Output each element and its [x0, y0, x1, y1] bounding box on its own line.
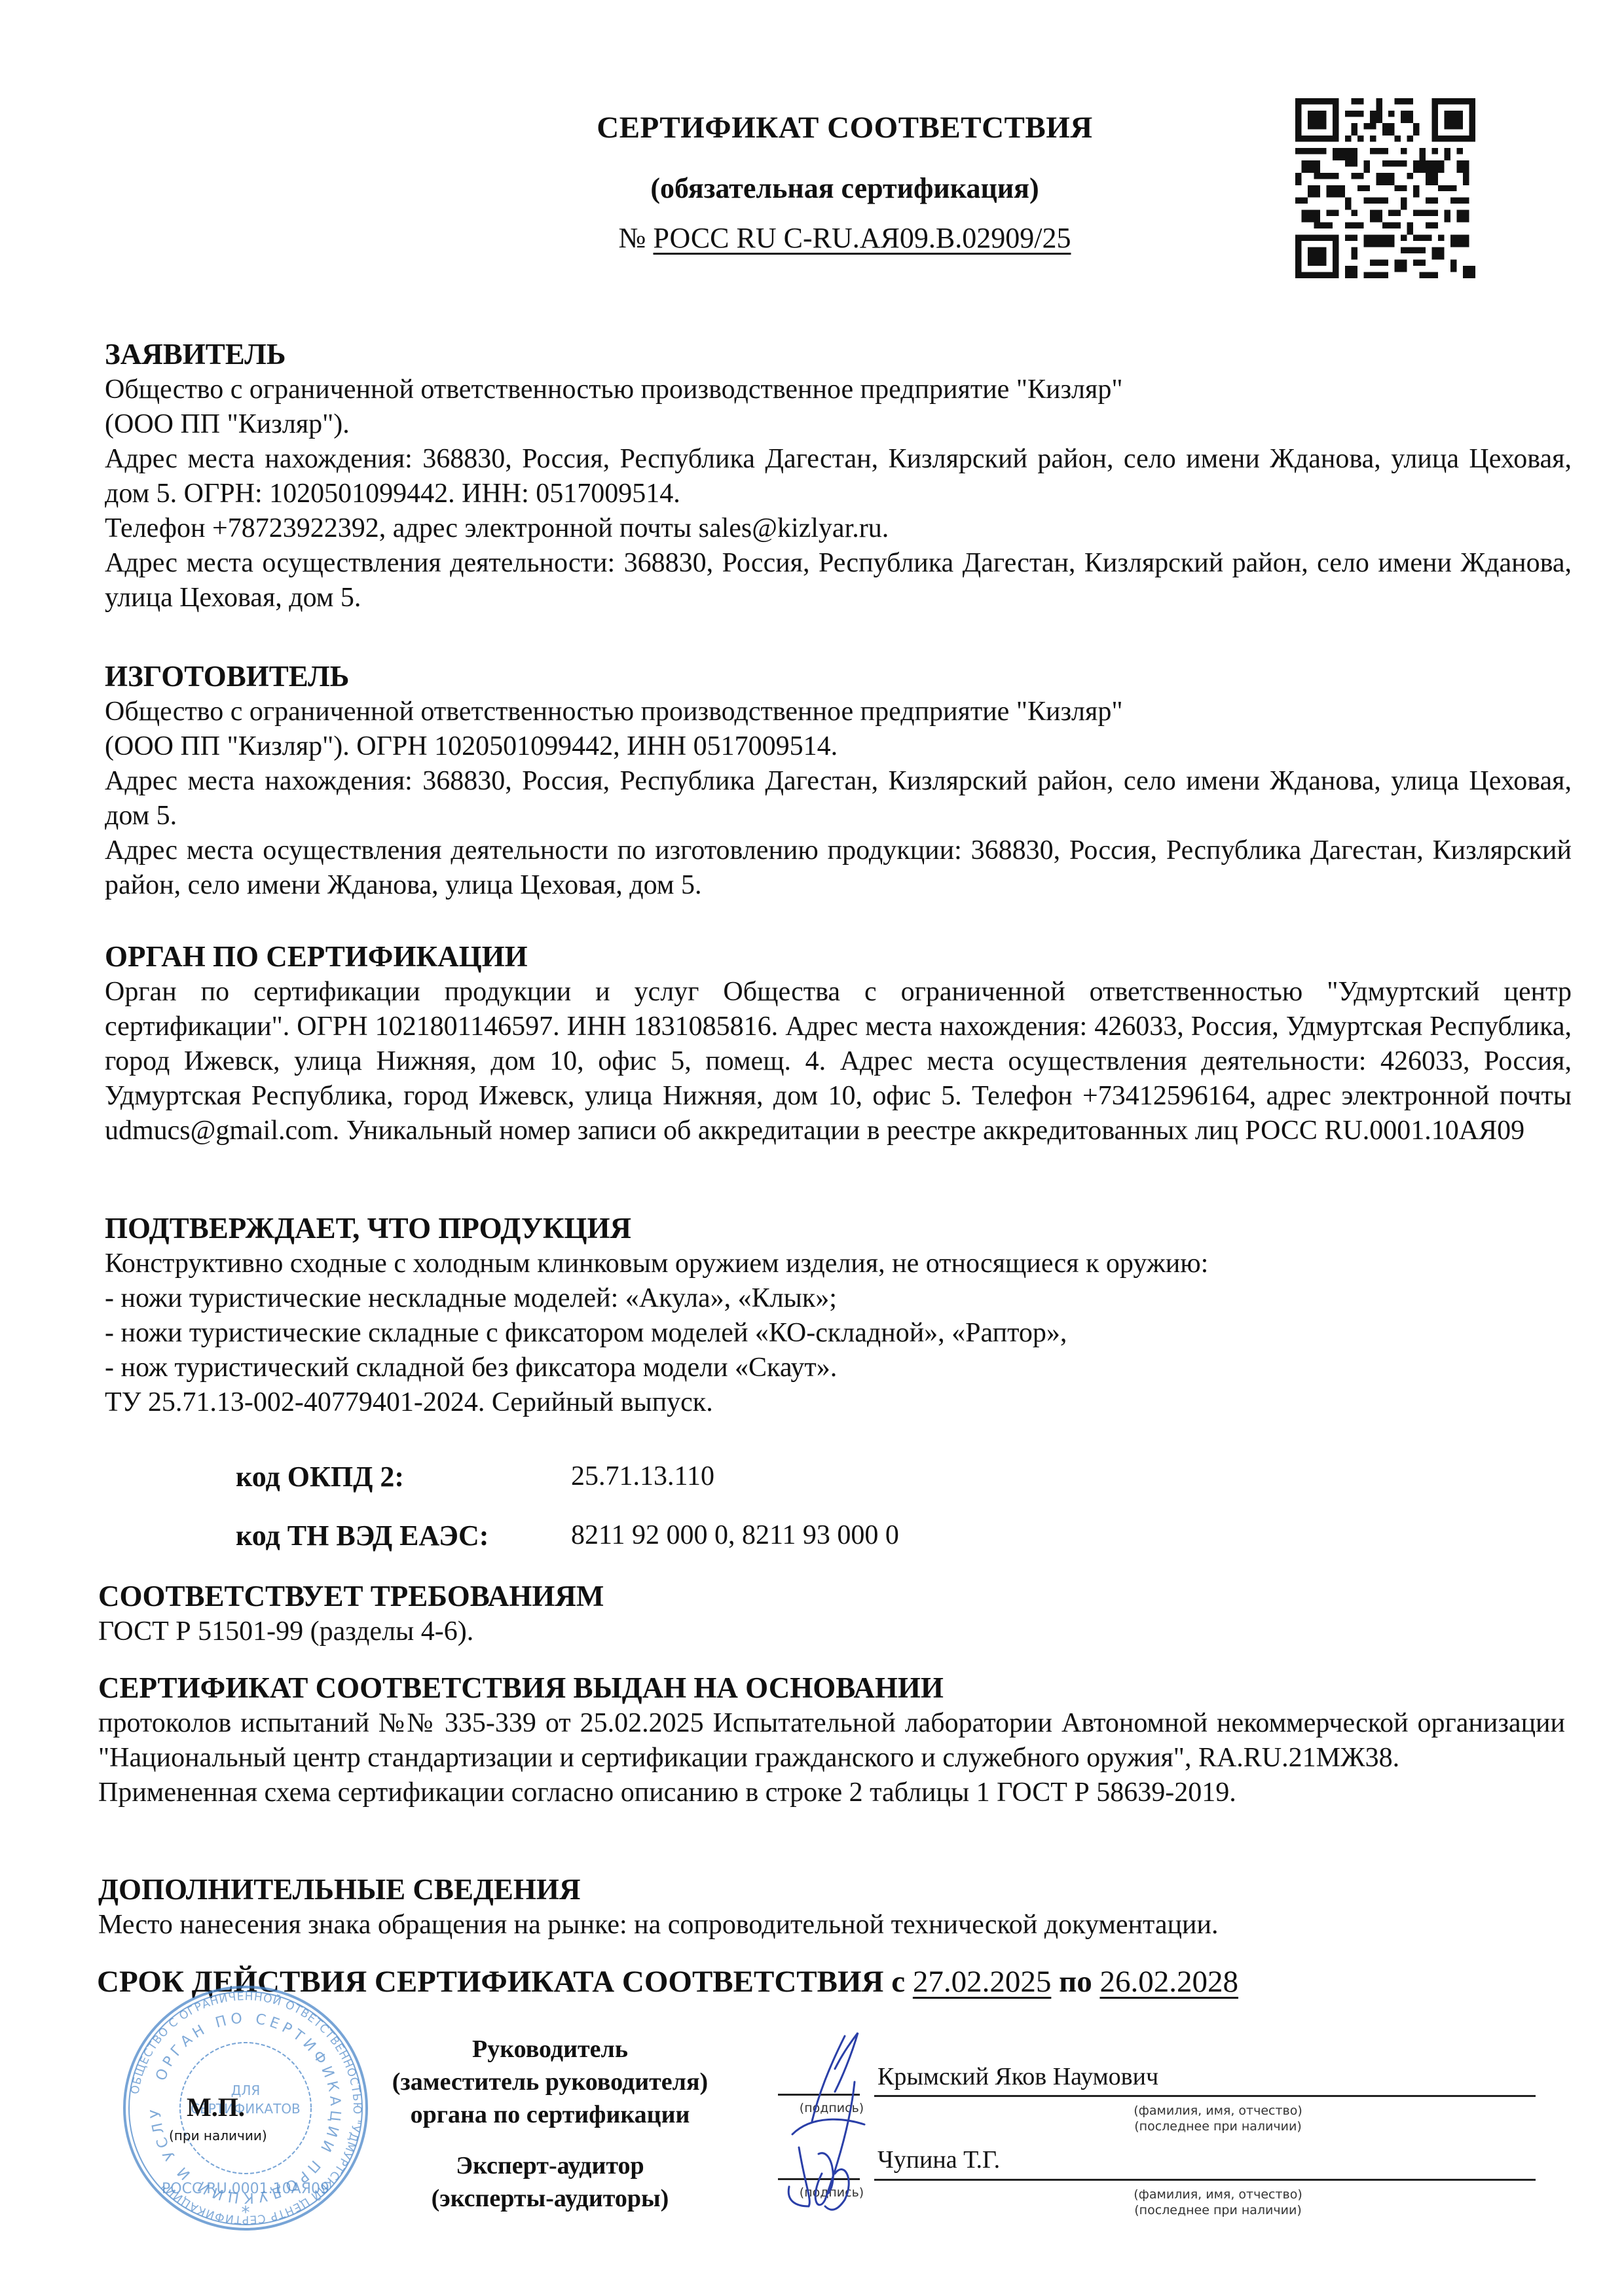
code-value: 25.71.13.110: [571, 1461, 714, 1492]
caption-line: (фамилия, имя, отчество): [1130, 2187, 1306, 2202]
section-heading: СЕРТИФИКАТ СООТВЕТСТВИЯ ВЫДАН НА ОСНОВАН…: [98, 1669, 1565, 1706]
name-caption: (фамилия, имя, отчество) (последнее при …: [1130, 2187, 1306, 2218]
svg-text:РОСС RU.0001.10АЯ09: РОСС RU.0001.10АЯ09: [162, 2181, 329, 2197]
expert-role: Эксперт-аудитор (эксперты-аудиторы): [367, 2149, 733, 2215]
role-line: (заместитель руководителя): [367, 2066, 733, 2098]
certification-body-section: ОРГАН ПО СЕРТИФИКАЦИИ Орган по сертифика…: [105, 938, 1572, 1148]
expert-name: Чупина Т.Г.: [877, 2145, 1000, 2174]
manufacturer-name: Общество с ограниченной ответственностью…: [105, 695, 1572, 729]
code-row-tnved: код ТН ВЭД ЕАЭС: 8211 92 000 0, 8211 93 …: [236, 1506, 899, 1565]
manufacturer-short-name: (ООО ПП "Кизляр"). ОГРН 1020501099442, И…: [105, 729, 1572, 764]
head-name: Крымский Яков Наумович: [877, 2062, 1158, 2091]
product-item: - нож туристический складной без фиксато…: [105, 1351, 1572, 1385]
seal-note: (при наличии): [169, 2128, 267, 2143]
name-caption: (фамилия, имя, отчество) (последнее при …: [1130, 2103, 1306, 2134]
certification-body-text: Орган по сертификации продукции и услуг …: [105, 975, 1572, 1148]
validity-to-date: 26.02.2028: [1099, 1965, 1238, 1999]
seal-stamp-icon: ОБЩЕСТВО С ОГРАНИЧЕННОЙ ОТВЕТСТВЕННОСТЬЮ…: [121, 1984, 370, 2232]
code-label: код ОКПД 2:: [236, 1460, 571, 1493]
requirements-text: ГОСТ Р 51501-99 (разделы 4-6).: [98, 1614, 1565, 1649]
applicant-short-name: (ООО ПП "Кизляр").: [105, 407, 1572, 442]
role-line: Эксперт-аудитор: [367, 2149, 733, 2182]
basis-section: СЕРТИФИКАТ СООТВЕТСТВИЯ ВЫДАН НА ОСНОВАН…: [98, 1669, 1565, 1810]
name-line-head: [874, 2095, 1536, 2097]
basis-scheme: Примененная схема сертификации согласно …: [98, 1776, 1565, 1810]
section-heading: СООТВЕТСТВУЕТ ТРЕБОВАНИЯМ: [98, 1578, 1565, 1614]
signature-expert-icon: [773, 2108, 891, 2219]
product-item: - ножи туристические нескладные моделей:…: [105, 1281, 1572, 1316]
applicant-contacts: Телефон +78723922392, адрес электронной …: [105, 511, 1572, 546]
caption-line: (последнее при наличии): [1130, 2202, 1306, 2218]
section-heading: ДОПОЛНИТЕЛЬНЫЕ СВЕДЕНИЯ: [98, 1871, 1565, 1908]
applicant-activity-address: Адрес места осуществления деятельности: …: [105, 546, 1572, 615]
section-heading: ЗАЯВИТЕЛЬ: [105, 336, 1572, 373]
code-value: 8211 92 000 0, 8211 93 000 0: [571, 1520, 899, 1551]
manufacturer-section: ИЗГОТОВИТЕЛЬ Общество с ограниченной отв…: [105, 658, 1572, 903]
caption-line: (последнее при наличии): [1130, 2119, 1306, 2134]
applicant-name: Общество с ограниченной ответственностью…: [105, 373, 1572, 407]
applicant-address: Адрес места нахождения: 368830, Россия, …: [105, 442, 1572, 511]
role-line: органа по сертификации: [367, 2098, 733, 2131]
product-spec: ТУ 25.71.13-002-40779401-2024. Серийный …: [105, 1385, 1572, 1420]
validity-to-word: по: [1059, 1965, 1092, 1999]
caption-line: (фамилия, имя, отчество): [1130, 2103, 1306, 2119]
number-prefix: №: [619, 222, 646, 254]
basis-text: протоколов испытаний №№ 335-339 от 25.02…: [98, 1706, 1565, 1776]
head-role: Руководитель (заместитель руководителя) …: [367, 2033, 733, 2131]
name-line-expert: [874, 2179, 1536, 2181]
manufacturer-address: Адрес места нахождения: 368830, Россия, …: [105, 764, 1572, 833]
validity-from-date: 27.02.2025: [913, 1965, 1052, 1999]
code-row-okpd: код ОКПД 2: 25.71.13.110: [236, 1447, 899, 1506]
requirements-section: СООТВЕТСТВУЕТ ТРЕБОВАНИЯМ ГОСТ Р 51501-9…: [98, 1578, 1565, 1649]
svg-text:*: *: [242, 2203, 250, 2223]
additional-section: ДОПОЛНИТЕЛЬНЫЕ СВЕДЕНИЯ Место нанесения …: [98, 1871, 1565, 1942]
validity-from-word: с: [891, 1965, 905, 1999]
product-intro: Конструктивно сходные с холодным клинков…: [105, 1247, 1572, 1281]
manufacturer-production-address: Адрес места осуществления деятельности п…: [105, 833, 1572, 903]
number-value: РОСС RU С-RU.АЯ09.В.02909/25: [654, 222, 1071, 254]
role-line: (эксперты-аудиторы): [367, 2182, 733, 2215]
role-line: Руководитель: [367, 2033, 733, 2066]
section-heading: ОРГАН ПО СЕРТИФИКАЦИИ: [105, 938, 1572, 975]
applicant-section: ЗАЯВИТЕЛЬ Общество с ограниченной ответс…: [105, 336, 1572, 615]
product-item: - ножи туристические складные с фиксатор…: [105, 1316, 1572, 1351]
code-label: код ТН ВЭД ЕАЭС:: [236, 1519, 571, 1552]
seal-label: М.П.: [187, 2092, 245, 2123]
additional-text: Место нанесения знака обращения на рынке…: [98, 1908, 1565, 1942]
section-heading: ПОДТВЕРЖДАЕТ, ЧТО ПРОДУКЦИЯ: [105, 1210, 1572, 1247]
product-codes: код ОКПД 2: 25.71.13.110 код ТН ВЭД ЕАЭС…: [236, 1447, 899, 1565]
section-heading: ИЗГОТОВИТЕЛЬ: [105, 658, 1572, 695]
product-section: ПОДТВЕРЖДАЕТ, ЧТО ПРОДУКЦИЯ Конструктивн…: [105, 1210, 1572, 1420]
qr-code-icon: [1295, 98, 1475, 278]
